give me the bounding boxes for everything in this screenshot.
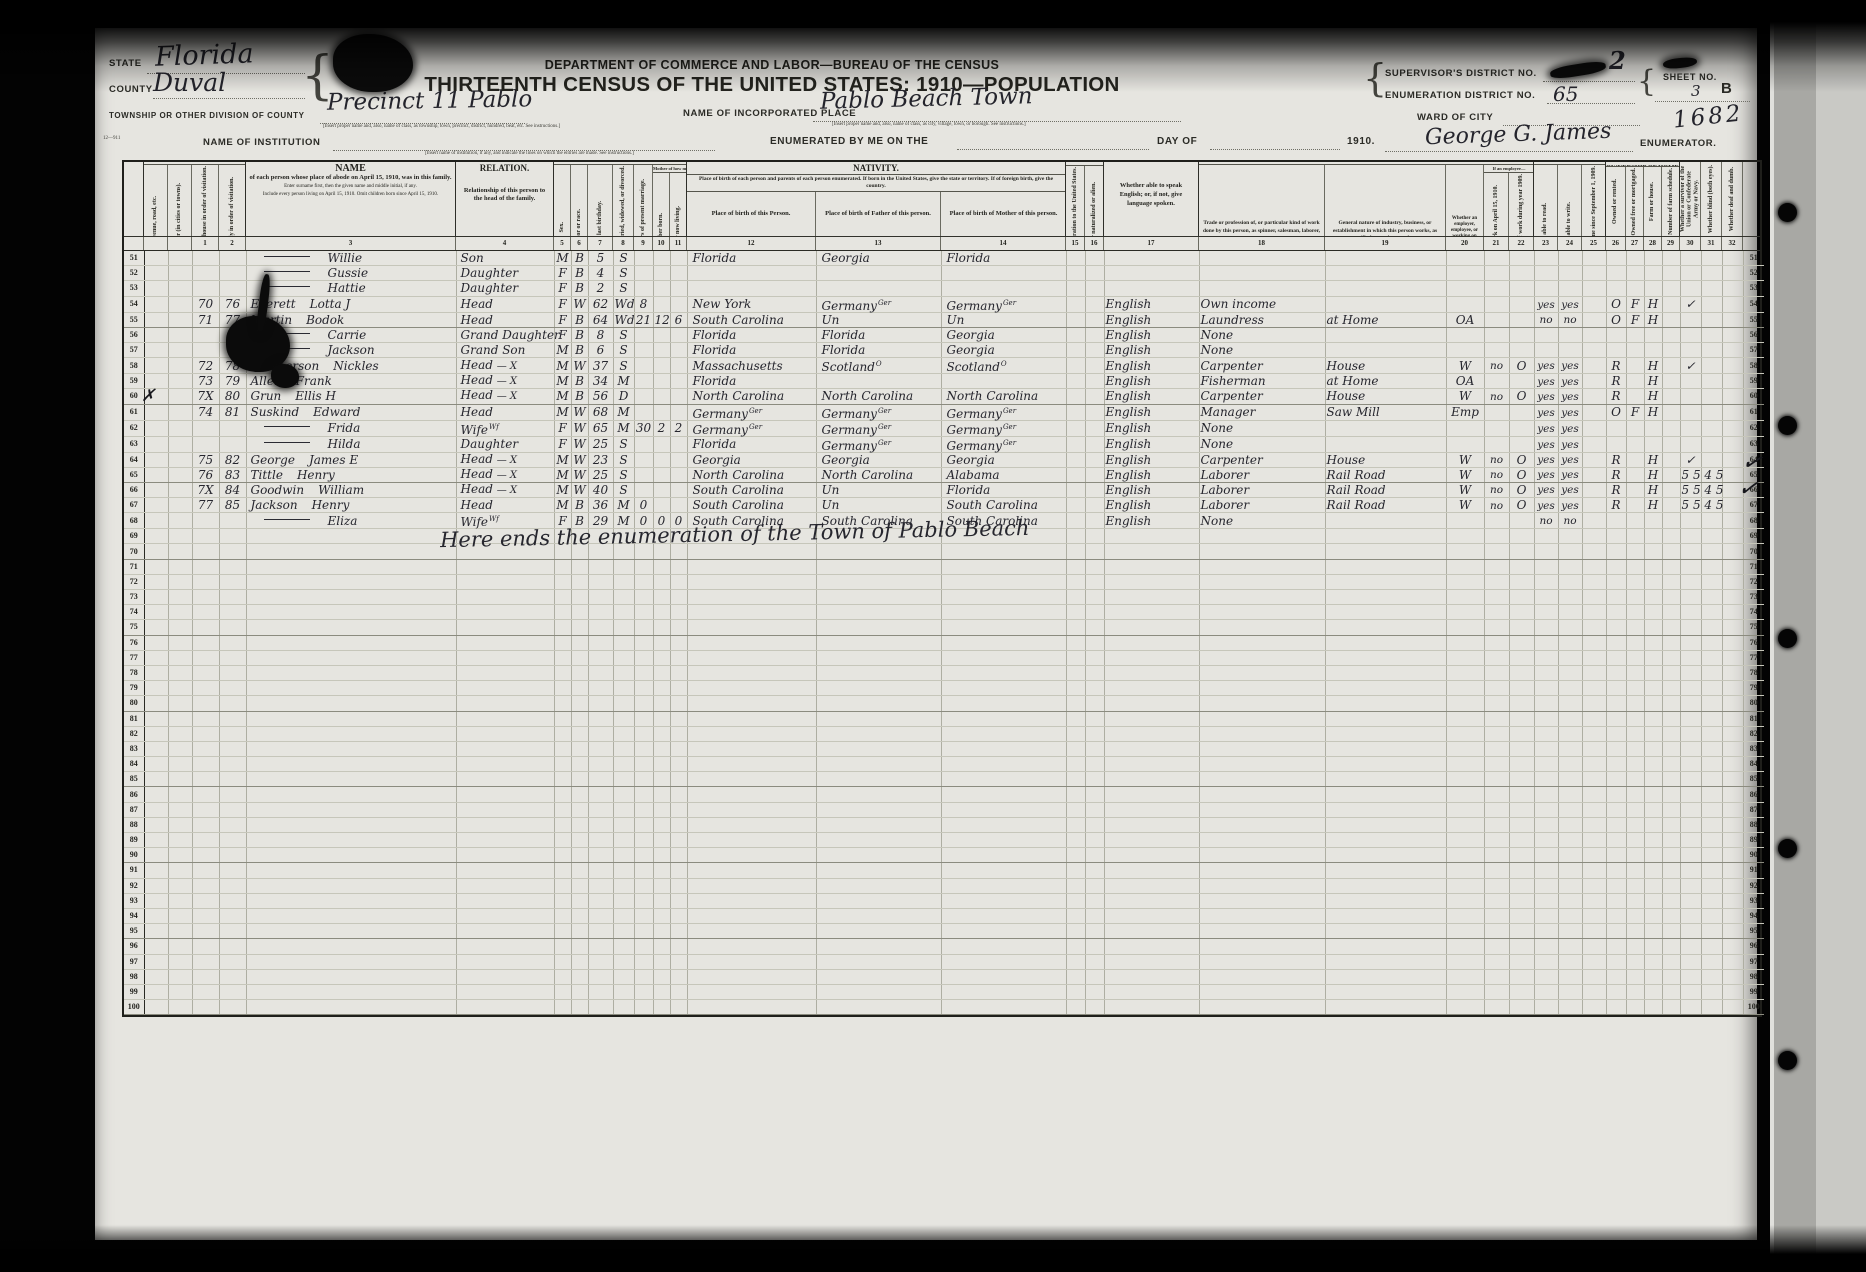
cell-bpm: Georgia bbox=[941, 452, 1066, 467]
cell-street bbox=[144, 358, 168, 374]
cell-ow: no bbox=[1484, 389, 1509, 404]
cell-street bbox=[144, 665, 168, 680]
cell-bpm bbox=[941, 939, 1066, 954]
cell-cl bbox=[670, 848, 687, 863]
cell-fno bbox=[1662, 757, 1680, 772]
cell-free bbox=[1626, 482, 1644, 497]
cell-sex: M bbox=[554, 374, 571, 389]
cell-farm bbox=[1644, 650, 1662, 665]
cell-write bbox=[1558, 833, 1582, 848]
cell-occ bbox=[1199, 620, 1325, 635]
cell-emp bbox=[1446, 969, 1484, 984]
cell-bl bbox=[1701, 296, 1722, 312]
cell-color bbox=[571, 954, 588, 969]
cell-occ bbox=[1199, 650, 1325, 665]
cell-bpf bbox=[816, 696, 941, 711]
cell-color: B bbox=[571, 266, 588, 281]
cell-fam bbox=[219, 787, 246, 802]
cell-farm bbox=[1644, 908, 1662, 923]
cell-bp bbox=[687, 590, 816, 605]
cell-color bbox=[571, 681, 588, 696]
cell-yrs: 0 bbox=[634, 498, 653, 513]
cell-write: no bbox=[1558, 513, 1582, 529]
cell-sv bbox=[1680, 559, 1701, 574]
cell-sv bbox=[1680, 984, 1701, 999]
cell-lang bbox=[1104, 726, 1199, 741]
cell-yrs bbox=[634, 1000, 653, 1015]
cell-name bbox=[246, 969, 456, 984]
cell-school bbox=[1582, 281, 1606, 296]
cell-emp bbox=[1446, 266, 1484, 281]
cell-bpf bbox=[816, 984, 941, 999]
cell-bpm bbox=[941, 605, 1066, 620]
column-number bbox=[144, 237, 168, 250]
cell-lang bbox=[1104, 544, 1199, 559]
cell-read bbox=[1534, 802, 1558, 817]
column-number: 9 bbox=[634, 237, 653, 250]
cell-bl bbox=[1701, 251, 1722, 266]
cell-occ: Manager bbox=[1199, 404, 1325, 420]
cell-mar: S bbox=[613, 452, 634, 467]
cell-ow bbox=[1484, 1000, 1509, 1015]
cell-fam bbox=[219, 420, 246, 436]
cell-color bbox=[571, 969, 588, 984]
cell-dw bbox=[192, 266, 219, 281]
cell-dw bbox=[192, 620, 219, 635]
line-number: 76 bbox=[124, 635, 144, 650]
census-row-80: 8080 bbox=[124, 696, 1764, 711]
cell-wk bbox=[1509, 574, 1534, 589]
census-row-65: 657683TittleHenryHead — XMW25SNorth Caro… bbox=[124, 467, 1764, 482]
cell-write bbox=[1558, 969, 1582, 984]
cell-name: GrunEllis H bbox=[246, 389, 456, 404]
sheet-value: 3 bbox=[1691, 82, 1701, 100]
cell-ow bbox=[1484, 939, 1509, 954]
cell-farm bbox=[1644, 878, 1662, 893]
line-number: 92 bbox=[124, 878, 144, 893]
cell-name: Gussie bbox=[246, 266, 456, 281]
cell-ind bbox=[1325, 281, 1446, 296]
cell-bpm bbox=[941, 772, 1066, 787]
cell-house bbox=[168, 863, 192, 878]
column-number: 27 bbox=[1626, 237, 1644, 250]
cell-ow bbox=[1484, 590, 1509, 605]
cell-bl bbox=[1701, 312, 1722, 327]
cell-write bbox=[1558, 665, 1582, 680]
cell-nat bbox=[1085, 741, 1104, 756]
cell-own: R bbox=[1606, 482, 1626, 497]
cell-wk bbox=[1509, 696, 1534, 711]
census-row-69: 6969 bbox=[124, 529, 1764, 544]
cell-free bbox=[1626, 741, 1644, 756]
cell-cl bbox=[670, 878, 687, 893]
cell-read bbox=[1534, 590, 1558, 605]
cell-fam: 80 bbox=[219, 389, 246, 404]
cell-age: 37 bbox=[588, 358, 613, 374]
cell-bpf bbox=[816, 954, 941, 969]
cell-fno bbox=[1662, 436, 1680, 452]
cell-lang bbox=[1104, 559, 1199, 574]
cell-fam bbox=[219, 757, 246, 772]
cell-age bbox=[588, 544, 613, 559]
cell-bpf: Un bbox=[816, 312, 941, 327]
cell-bpf: GermanyGer bbox=[816, 404, 941, 420]
cell-dw bbox=[192, 969, 219, 984]
cell-bp bbox=[687, 544, 816, 559]
cell-cb bbox=[653, 374, 670, 389]
punch-hole bbox=[1778, 1051, 1797, 1070]
cell-emp: W bbox=[1446, 358, 1484, 374]
column-number: 30 bbox=[1680, 237, 1701, 250]
cell-street bbox=[144, 498, 168, 513]
cell-mar bbox=[613, 726, 634, 741]
cell-df bbox=[1722, 681, 1743, 696]
cell-cl bbox=[670, 544, 687, 559]
cell-nat bbox=[1085, 327, 1104, 342]
cell-cb bbox=[653, 893, 670, 908]
cell-bpm: GermanyGer bbox=[941, 296, 1066, 312]
cell-farm bbox=[1644, 327, 1662, 342]
cell-write bbox=[1558, 635, 1582, 650]
cell-farm bbox=[1644, 251, 1662, 266]
cell-fam bbox=[219, 605, 246, 620]
cell-lang bbox=[1104, 1000, 1199, 1015]
cell-house bbox=[168, 817, 192, 832]
cell-write bbox=[1558, 848, 1582, 863]
line-number: 86 bbox=[124, 787, 144, 802]
cell-cb bbox=[653, 848, 670, 863]
cell-color: B bbox=[571, 498, 588, 513]
cell-school bbox=[1582, 420, 1606, 436]
cell-fam bbox=[219, 574, 246, 589]
cell-cl bbox=[670, 389, 687, 404]
cell-age bbox=[588, 559, 613, 574]
cell-occ: Carpenter bbox=[1199, 452, 1325, 467]
cell-fno bbox=[1662, 1000, 1680, 1015]
line-number: 94 bbox=[124, 908, 144, 923]
cell-bpm bbox=[941, 1000, 1066, 1015]
cell-dw bbox=[192, 726, 219, 741]
cell-ind bbox=[1325, 266, 1446, 281]
cell-cb bbox=[653, 665, 670, 680]
cell-write bbox=[1558, 681, 1582, 696]
cell-bl bbox=[1701, 559, 1722, 574]
cell-df bbox=[1722, 635, 1743, 650]
cell-rel: Head bbox=[456, 312, 554, 327]
cell-bl bbox=[1701, 650, 1722, 665]
cell-fam bbox=[219, 620, 246, 635]
cell-sv bbox=[1680, 848, 1701, 863]
cell-bpf: Un bbox=[816, 498, 941, 513]
cell-imm bbox=[1066, 939, 1085, 954]
line-number: 52 bbox=[124, 266, 144, 281]
census-row-97: 9797 bbox=[124, 954, 1764, 969]
cell-fno bbox=[1662, 620, 1680, 635]
cell-sv bbox=[1680, 513, 1701, 529]
cell-cb bbox=[653, 908, 670, 923]
census-row-63: 63HildaDaughterFW25SFloridaGermanyGerGer… bbox=[124, 436, 1764, 452]
cell-fno bbox=[1662, 296, 1680, 312]
cell-sex: F bbox=[554, 436, 571, 452]
cell-write bbox=[1558, 281, 1582, 296]
cell-farm bbox=[1644, 772, 1662, 787]
cell-yrs bbox=[634, 893, 653, 908]
cell-yrs bbox=[634, 863, 653, 878]
relation-column-header: RELATION. Relationship of this person to… bbox=[456, 162, 554, 236]
cell-occ bbox=[1199, 817, 1325, 832]
cell-house bbox=[168, 954, 192, 969]
line-number: 86 bbox=[1743, 787, 1764, 802]
cell-own: O bbox=[1606, 296, 1626, 312]
cell-sv bbox=[1680, 665, 1701, 680]
cell-house bbox=[168, 374, 192, 389]
cell-emp bbox=[1446, 787, 1484, 802]
cell-wk bbox=[1509, 420, 1534, 436]
cell-sv bbox=[1680, 969, 1701, 984]
cell-emp bbox=[1446, 665, 1484, 680]
cell-rel bbox=[456, 544, 554, 559]
cell-read bbox=[1534, 893, 1558, 908]
cell-bl bbox=[1701, 863, 1722, 878]
cell-farm bbox=[1644, 787, 1662, 802]
line-number: 85 bbox=[1743, 772, 1764, 787]
census-rows: 51WillieSonMB5SFloridaGeorgiaFlorida5152… bbox=[124, 251, 1764, 1015]
cell-farm bbox=[1644, 513, 1662, 529]
line-number: 63 bbox=[124, 436, 144, 452]
cell-cb bbox=[653, 342, 670, 357]
cell-df bbox=[1722, 878, 1743, 893]
cell-bp: Florida bbox=[687, 327, 816, 342]
cell-sex bbox=[554, 544, 571, 559]
cell-school bbox=[1582, 665, 1606, 680]
cell-age: 56 bbox=[588, 389, 613, 404]
cell-bp bbox=[687, 711, 816, 726]
cell-wk bbox=[1509, 251, 1534, 266]
cell-fno bbox=[1662, 266, 1680, 281]
cell-bp: South Carolina bbox=[687, 513, 816, 529]
cell-nat bbox=[1085, 620, 1104, 635]
cell-rel bbox=[456, 908, 554, 923]
column-number: 8 bbox=[613, 237, 634, 250]
cell-cl bbox=[670, 467, 687, 482]
cell-mar bbox=[613, 924, 634, 939]
cell-sex: F bbox=[554, 312, 571, 327]
cell-yrs bbox=[634, 544, 653, 559]
cell-write bbox=[1558, 757, 1582, 772]
cell-bl bbox=[1701, 374, 1722, 389]
cell-sv bbox=[1680, 833, 1701, 848]
cell-dw bbox=[192, 559, 219, 574]
cell-color: B bbox=[571, 251, 588, 266]
cell-house bbox=[168, 833, 192, 848]
cell-color bbox=[571, 787, 588, 802]
cell-ind bbox=[1325, 833, 1446, 848]
cell-bpf: GermanyGer bbox=[816, 420, 941, 436]
cell-bp bbox=[687, 954, 816, 969]
cell-house bbox=[168, 559, 192, 574]
cell-street bbox=[144, 327, 168, 342]
cell-yrs: 30 bbox=[634, 420, 653, 436]
cell-cb bbox=[653, 863, 670, 878]
cell-cl bbox=[670, 266, 687, 281]
cell-emp bbox=[1446, 1000, 1484, 1015]
census-row-75: 7575 bbox=[124, 620, 1764, 635]
cell-cb bbox=[653, 711, 670, 726]
cell-sex: M bbox=[554, 482, 571, 497]
cell-bpf: GermanyGer bbox=[816, 436, 941, 452]
cell-color: W bbox=[571, 467, 588, 482]
cell-mar bbox=[613, 893, 634, 908]
cell-cl: 0 bbox=[670, 513, 687, 529]
cell-emp bbox=[1446, 772, 1484, 787]
cell-school bbox=[1582, 467, 1606, 482]
cell-mar bbox=[613, 559, 634, 574]
cell-read bbox=[1534, 939, 1558, 954]
census-row-84: 8484 bbox=[124, 757, 1764, 772]
cell-cb bbox=[653, 939, 670, 954]
cell-imm bbox=[1066, 327, 1085, 342]
cell-mar bbox=[613, 848, 634, 863]
cell-name: Hattie bbox=[246, 281, 456, 296]
cell-rel: Grand Daughter bbox=[456, 327, 554, 342]
cell-name bbox=[246, 757, 456, 772]
cell-name bbox=[246, 848, 456, 863]
cell-occ: Laundress bbox=[1199, 312, 1325, 327]
cell-occ: None bbox=[1199, 342, 1325, 357]
cell-name: SuskindEdward bbox=[246, 404, 456, 420]
cell-dw bbox=[192, 924, 219, 939]
margin-check-2: ✓ bbox=[1736, 473, 1760, 504]
cell-fam: 85 bbox=[219, 498, 246, 513]
line-number: 54 bbox=[1743, 296, 1764, 312]
cell-free bbox=[1626, 681, 1644, 696]
cell-imm bbox=[1066, 529, 1085, 544]
cell-color: W bbox=[571, 358, 588, 374]
cell-dw bbox=[192, 711, 219, 726]
line-number: 65 bbox=[124, 467, 144, 482]
cell-nat bbox=[1085, 467, 1104, 482]
cell-df bbox=[1722, 281, 1743, 296]
column-label: House number (in cities or towns). bbox=[168, 165, 192, 236]
cell-bpm bbox=[941, 817, 1066, 832]
cell-fam bbox=[219, 878, 246, 893]
cell-ow bbox=[1484, 559, 1509, 574]
cell-farm bbox=[1644, 559, 1662, 574]
cell-df bbox=[1722, 420, 1743, 436]
cell-name: EverettLotta J bbox=[246, 296, 456, 312]
cell-nat bbox=[1085, 436, 1104, 452]
line-number: 83 bbox=[1743, 741, 1764, 756]
cell-df bbox=[1722, 574, 1743, 589]
cell-street bbox=[144, 420, 168, 436]
cell-fam: 84 bbox=[219, 482, 246, 497]
cell-mar: S bbox=[613, 327, 634, 342]
census-row-58: 587278McPhersonNicklesHead — XMW37SMassa… bbox=[124, 358, 1764, 374]
cell-bp bbox=[687, 848, 816, 863]
cell-ow bbox=[1484, 635, 1509, 650]
cell-occ bbox=[1199, 787, 1325, 802]
cell-sv bbox=[1680, 436, 1701, 452]
cell-own bbox=[1606, 513, 1626, 529]
cell-bpf bbox=[816, 908, 941, 923]
cell-fno bbox=[1662, 635, 1680, 650]
cell-ow bbox=[1484, 726, 1509, 741]
cell-yrs bbox=[634, 802, 653, 817]
line-number: 85 bbox=[124, 772, 144, 787]
cell-dw bbox=[192, 436, 219, 452]
cell-free bbox=[1626, 726, 1644, 741]
cell-write bbox=[1558, 908, 1582, 923]
cell-rel bbox=[456, 954, 554, 969]
cell-ow bbox=[1484, 772, 1509, 787]
cell-free bbox=[1626, 893, 1644, 908]
cell-wk bbox=[1509, 893, 1534, 908]
cell-bpm: South Carolina bbox=[941, 498, 1066, 513]
cell-cb bbox=[653, 281, 670, 296]
cell-bpf bbox=[816, 924, 941, 939]
cell-dw bbox=[192, 772, 219, 787]
cell-farm bbox=[1644, 848, 1662, 863]
cell-fno bbox=[1662, 650, 1680, 665]
cell-cb bbox=[653, 590, 670, 605]
cell-age: 29 bbox=[588, 513, 613, 529]
cell-cl bbox=[670, 939, 687, 954]
cell-ind bbox=[1325, 251, 1446, 266]
cell-occ bbox=[1199, 544, 1325, 559]
cell-nat bbox=[1085, 969, 1104, 984]
cell-fam bbox=[219, 650, 246, 665]
cell-emp bbox=[1446, 893, 1484, 908]
cell-street bbox=[144, 452, 168, 467]
cell-bp bbox=[687, 969, 816, 984]
cell-sv bbox=[1680, 650, 1701, 665]
cell-mar bbox=[613, 984, 634, 999]
cell-house bbox=[168, 251, 192, 266]
cell-nat bbox=[1085, 924, 1104, 939]
cell-age bbox=[588, 635, 613, 650]
cell-sv bbox=[1680, 939, 1701, 954]
line-number: 75 bbox=[124, 620, 144, 635]
cell-bl bbox=[1701, 878, 1722, 893]
cell-occ bbox=[1199, 924, 1325, 939]
cell-bpf: Georgia bbox=[816, 452, 941, 467]
cell-fam bbox=[219, 772, 246, 787]
cell-nat bbox=[1085, 802, 1104, 817]
line-number: 72 bbox=[124, 574, 144, 589]
cell-fno bbox=[1662, 787, 1680, 802]
cell-fam bbox=[219, 681, 246, 696]
cell-rel bbox=[456, 1000, 554, 1015]
cell-write bbox=[1558, 711, 1582, 726]
cell-name bbox=[246, 893, 456, 908]
cell-sex bbox=[554, 711, 571, 726]
cell-color bbox=[571, 605, 588, 620]
census-row-79: 7979 bbox=[124, 681, 1764, 696]
cell-color bbox=[571, 726, 588, 741]
cell-free bbox=[1626, 757, 1644, 772]
supervisor-scribble bbox=[1549, 60, 1606, 81]
cell-rel bbox=[456, 863, 554, 878]
cell-street bbox=[144, 342, 168, 357]
cell-dw bbox=[192, 984, 219, 999]
cell-df bbox=[1722, 559, 1743, 574]
cell-read bbox=[1534, 848, 1558, 863]
cell-read bbox=[1534, 559, 1558, 574]
cell-read bbox=[1534, 908, 1558, 923]
cell-occ bbox=[1199, 939, 1325, 954]
cell-cb bbox=[653, 452, 670, 467]
census-row-76: 7676 bbox=[124, 635, 1764, 650]
